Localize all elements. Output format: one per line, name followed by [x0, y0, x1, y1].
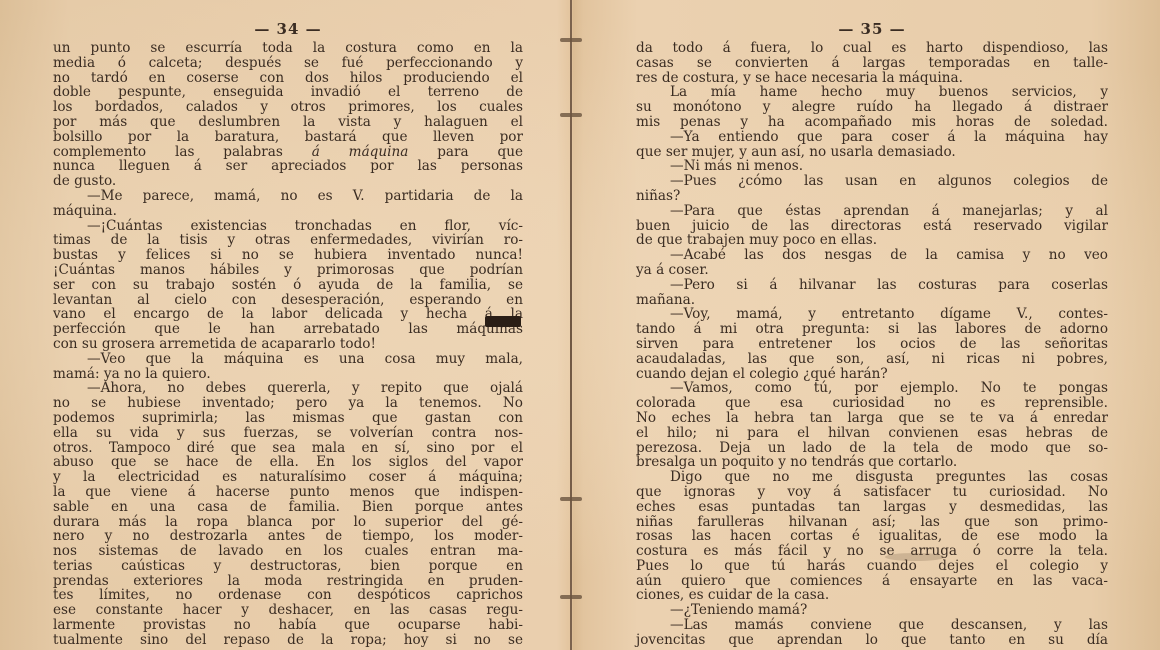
text-line: rosas las hacen cortas é igualitas, de e…	[636, 529, 1108, 544]
binding-staple	[560, 113, 582, 117]
text-line: —Pero si á hilvanar las costuras para co…	[636, 278, 1108, 293]
binding-staple	[560, 497, 582, 501]
text-line: el hilo; ni para el hilvan convienen esa…	[636, 426, 1108, 441]
text-line: de gusto.	[53, 174, 523, 189]
text-line: —¡Cuántas existencias tronchadas en flor…	[53, 219, 523, 234]
text-line: doble pespunte, enseguida invadió el ter…	[53, 85, 523, 100]
text-line: por más que deslumbren la vista y halagu…	[53, 115, 523, 130]
text-line: nero y no destrozarla antes de tiempo, l…	[53, 529, 523, 544]
text-line: —Acabé las dos nesgas de la camisa y no …	[636, 248, 1108, 263]
book-spine	[570, 0, 572, 650]
text-line: buen juicio de las directoras está reser…	[636, 219, 1108, 234]
text-line: la que viene á hacerse punto menos que i…	[53, 485, 523, 500]
text-line: un punto se escurría toda la costura com…	[53, 41, 523, 56]
text-line: tando á mi otra pregunta: si las labores…	[636, 322, 1108, 337]
text-line: —Veo que la máquina es una cosa muy mala…	[53, 352, 523, 367]
text-line: no se hubiese inventado; pero ya la tene…	[53, 396, 523, 411]
text-line: jovencitas que aprendan lo que tanto en …	[636, 633, 1108, 648]
text-line: colorada que esa curiosidad no es repren…	[636, 396, 1108, 411]
text-line: —Voy, mamá, y entretanto dígame V., cont…	[636, 307, 1108, 322]
text-line: ¡Cuántas manos hábiles y primorosas que …	[53, 263, 523, 278]
text-line: —Ahora, no debes quererla, y repito que …	[53, 381, 523, 396]
text-line: prendas exteriores la moda restringida e…	[53, 574, 523, 589]
text-line: tes límites, no ordenase con despóticos …	[53, 588, 523, 603]
text-line: Digo que no me disgusta preguntes las co…	[636, 470, 1108, 485]
text-line: nos sistemas de lavado en los cuales ent…	[53, 544, 523, 559]
text-line: costura es más fácil y no se arruga ó co…	[636, 544, 1108, 559]
binding-staple	[560, 595, 582, 599]
text-line: ya á coser.	[636, 263, 1108, 278]
text-line: da todo á fuera, lo cual es harto dispen…	[636, 41, 1108, 56]
text-line: con su grosera arremetida de acapararlo …	[53, 337, 523, 352]
text-line: cuando dejan el colegio ¿qué harán?	[636, 367, 1108, 382]
text-line: eches esas puntadas tan largas y desmedi…	[636, 500, 1108, 515]
text-line: timas de la tisis y otras enfermedades, …	[53, 233, 523, 248]
left-page: — 34 — un punto se escurría toda la cost…	[53, 0, 523, 650]
page-text: da todo á fuera, lo cual es harto dispen…	[636, 41, 1108, 648]
text-line: niñas farulleras hilvanan así; las que s…	[636, 515, 1108, 530]
text-line: sable en una casa de familia. Bien porqu…	[53, 500, 523, 515]
text-line: —Para que éstas aprendan á manejarlas; y…	[636, 204, 1108, 219]
text-line: su monótono y alegre ruído ha llegado á …	[636, 100, 1108, 115]
page-number: — 35 —	[636, 20, 1108, 38]
text-line: media ó calceta; después se fué perfecci…	[53, 56, 523, 71]
text-line: de que trabajen muy poco en ellas.	[636, 233, 1108, 248]
text-line: aún quiero que comiences á ensayarte en …	[636, 574, 1108, 589]
text-line: los bordados, calados y otros primores, …	[53, 100, 523, 115]
text-line: perfección que le han arrebatado las máq…	[53, 322, 523, 337]
text-line: que ignoras y voy á satisfacer tu curios…	[636, 485, 1108, 500]
text-line: casas se convierten á largas temporadas …	[636, 56, 1108, 71]
text-line: tualmente sino del repaso de la ropa; ho…	[53, 633, 523, 648]
text-line: ciones, es cuidar de la casa.	[636, 588, 1108, 603]
text-line: res de costura, y se hace necesaria la m…	[636, 71, 1108, 86]
text-line: abuso que se hace de ella. En los siglos…	[53, 455, 523, 470]
text-line: —Las mamás conviene que descansen, y las	[636, 618, 1108, 633]
text-line: perezosa. Deja un lado de la tela de mod…	[636, 441, 1108, 456]
text-line: máquina.	[53, 204, 523, 219]
text-line: complemento las palabras á máquina para …	[53, 145, 523, 160]
text-line: vano el encargo de la labor delicada y h…	[53, 307, 523, 322]
text-line: ser con su trabajo sostén ó ayuda de la …	[53, 278, 523, 293]
text-line: —Vamos, como tú, por ejemplo. No te pong…	[636, 381, 1108, 396]
text-line: y la electricidad es naturalísimo coser …	[53, 470, 523, 485]
text-line: La mía hame hecho muy buenos servicios, …	[636, 85, 1108, 100]
text-line: mañana.	[636, 293, 1108, 308]
page-text: un punto se escurría toda la costura com…	[53, 41, 523, 648]
text-line: mamá: ya no la quiero.	[53, 367, 523, 382]
text-line: que ser mujer, y aun así, no usarla dema…	[636, 145, 1108, 160]
book-spread: — 34 — un punto se escurría toda la cost…	[0, 0, 1160, 650]
text-line: sirven para entretener los ocios de las …	[636, 337, 1108, 352]
text-line: durara más la ropa blanca por lo superio…	[53, 515, 523, 530]
text-line: —¿Teniendo mamá?	[636, 603, 1108, 618]
text-line: podemos suprimirla; las mismas que gasta…	[53, 411, 523, 426]
text-line: otros. Tampoco diré que sea mala en sí, …	[53, 441, 523, 456]
text-line: levantan al cielo con desesperación, esp…	[53, 293, 523, 308]
text-line: —Ya entiendo que para coser á la máquina…	[636, 130, 1108, 145]
text-line: —Pues ¿cómo las usan en algunos colegios…	[636, 174, 1108, 189]
text-line: No eches la hebra tan larga que se te va…	[636, 411, 1108, 426]
text-line: nunca lleguen á ser apreciados por las p…	[53, 159, 523, 174]
paper-smudge	[885, 553, 945, 561]
text-line: ella su vida y sus fuerzas, se volverían…	[53, 426, 523, 441]
text-line: bolsillo por la baratura, bastará que ll…	[53, 130, 523, 145]
text-line: acaudaladas, las que son, así, ni ricas …	[636, 352, 1108, 367]
text-line: terias caústicas y destructoras, bien po…	[53, 559, 523, 574]
text-line: larmente provistas no había que ocuparse…	[53, 618, 523, 633]
text-line: niñas?	[636, 189, 1108, 204]
text-line: mis penas y ha acompañado mis horas de s…	[636, 115, 1108, 130]
text-line: bustas y felices si no se hubiera invent…	[53, 248, 523, 263]
text-line: —Me parece, mamá, no es V. partidaria de…	[53, 189, 523, 204]
text-line: Pues lo que tú harás cuando dejes el col…	[636, 559, 1108, 574]
text-line: no tardó en coserse con dos hilos produc…	[53, 71, 523, 86]
text-line: bresalga un poquito y no tendrás que cor…	[636, 455, 1108, 470]
ink-blot	[485, 316, 521, 327]
right-page: — 35 — da todo á fuera, lo cual es harto…	[636, 0, 1108, 650]
text-line: —Ni más ni menos.	[636, 159, 1108, 174]
italic-phrase: á máquina	[312, 144, 409, 160]
page-number: — 34 —	[53, 20, 523, 38]
binding-staple	[560, 38, 582, 42]
text-line: ese constante hacer y deshacer, en las c…	[53, 603, 523, 618]
